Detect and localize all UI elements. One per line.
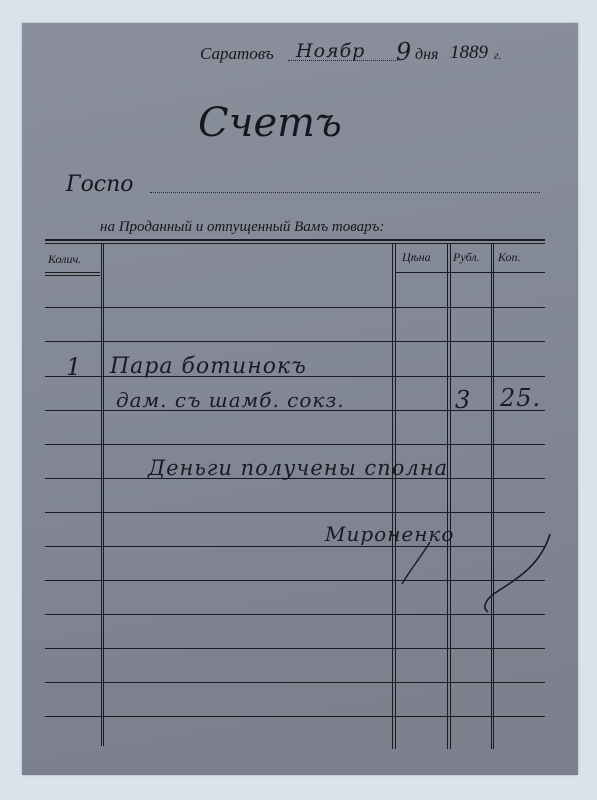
recipient-dotted-line: [150, 192, 540, 193]
col-header-rub: Рубл.: [453, 250, 480, 265]
month-handwritten: Ноябр: [296, 40, 365, 62]
row2-kop: 25.: [500, 384, 541, 412]
ruled-line: [45, 512, 545, 513]
col-header-kop: Коп.: [498, 250, 521, 265]
header-bottom-rule-qty-2: [45, 275, 100, 276]
col-divider-rub: [491, 244, 492, 749]
row2-description: дам. съ шамб. сокз.: [116, 388, 345, 412]
subtitle: на Проданный и отпущенный Вамъ товаръ:: [100, 219, 384, 236]
header-bottom-rule-qty: [45, 272, 100, 273]
col-divider-desc: [392, 244, 393, 749]
header-bottom-rule-price: [395, 272, 545, 273]
row1-description: Пара ботинокъ: [110, 354, 307, 379]
col-divider-qty: [101, 244, 102, 746]
ruled-line: [45, 444, 545, 445]
table-top-rule: [45, 239, 545, 241]
ruled-line: [45, 716, 545, 717]
day-handwritten: 9: [396, 38, 412, 66]
ruled-line: [45, 307, 545, 308]
col-divider-desc-2: [395, 244, 396, 749]
year-label: 1889: [450, 42, 488, 64]
col-divider-qty-2: [103, 244, 104, 746]
col-header-qty: Колич.: [48, 252, 81, 267]
ruled-line: [45, 648, 545, 649]
ruled-line: [45, 682, 545, 683]
table-top-rule-2: [45, 243, 545, 244]
invoice-title: Счетъ: [198, 100, 342, 146]
payment-note: Деньги получены сполна: [148, 456, 448, 480]
year-suffix: г.: [494, 48, 502, 63]
row2-rub: 3: [455, 386, 471, 414]
col-divider-rub-2: [493, 244, 494, 749]
recipient-label: Госпо: [66, 172, 134, 197]
col-divider-price: [447, 244, 448, 749]
row1-qty: 1: [66, 353, 82, 381]
day-label: дня: [415, 46, 438, 64]
ruled-line: [45, 341, 545, 342]
col-header-price: Цѣна: [402, 250, 431, 265]
city-label: Саратовъ: [200, 44, 274, 64]
col-divider-price-2: [450, 244, 451, 749]
signature-flourish: [390, 528, 560, 618]
